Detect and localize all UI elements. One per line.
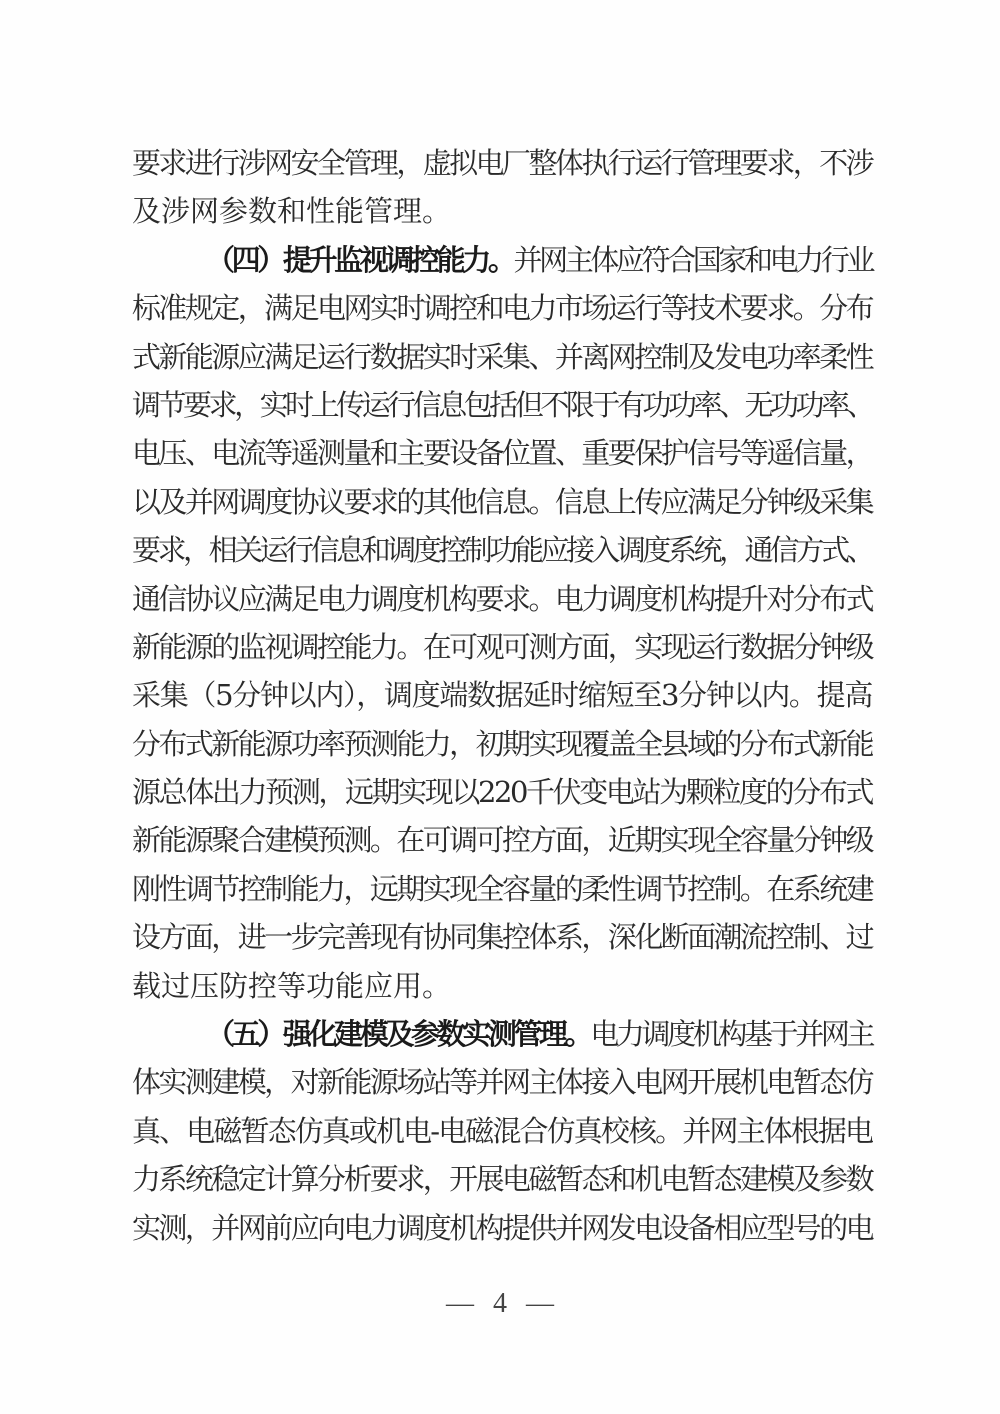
line-text: 采集（5分钟以内），调度端数据延时缩短至3分钟以内。提高 [132,678,872,712]
line-text: 要求，相关运行信息和调度控制功能应接入调度系统，通信方式、 [132,533,872,567]
line-text: 体实测建模，对新能源场站等并网主体接入电网开展机电暂态仿 [132,1065,872,1099]
text-line: 标准规定，满足电网实时调控和电力市场运行等技术要求。分布 [132,284,872,332]
text-line: 新能源聚合建模预测。在可调可控方面，近期实现全容量分钟级 [132,816,872,864]
text-line: 要求进行涉网安全管理，虚拟电厂整体执行运行管理要求，不涉 [132,139,872,187]
text-line: 载过压防控等功能应用。 [132,962,872,1010]
line-text: 力系统稳定计算分析要求，开展电磁暂态和机电暂态建模及参数 [132,1162,872,1196]
text-line: 要求，相关运行信息和调度控制功能应接入调度系统，通信方式、 [132,526,872,574]
text-line: 力系统稳定计算分析要求，开展电磁暂态和机电暂态建模及参数 [132,1155,872,1203]
text-line: 实测，并网前应向电力调度机构提供并网发电设备相应型号的电 [132,1204,872,1252]
line-text: 式新能源应满足运行数据实时采集、并离网控制及发电功率柔性 [132,340,872,374]
text-line: 采集（5分钟以内），调度端数据延时缩短至3分钟以内。提高 [132,671,872,719]
text-line: 分布式新能源功率预测能力，初期实现覆盖全县域的分布式新能 [132,720,872,768]
text-line: 以及并网调度协议要求的其他信息。信息上传应满足分钟级采集 [132,478,872,526]
section-4-heading-line: （四）提升监视调控能力。并网主体应符合国家和电力行业 [132,236,872,284]
line-text: 新能源聚合建模预测。在可调可控方面，近期实现全容量分钟级 [132,823,872,857]
page-footer: — 4 — [0,1288,1000,1320]
line-text: 要求进行涉网安全管理，虚拟电厂整体执行运行管理要求，不涉 [132,146,872,180]
section-heading: （四）提升监视调控能力。 [206,243,513,277]
line-text: 载过压防控等功能应用。 [132,969,451,1003]
footer-dash-right: — [526,1288,554,1319]
line-text: 源总体出力预测，远期实现以220千伏变电站为颗粒度的分布式 [132,775,872,809]
line-text: 调节要求，实时上传运行信息包括但不限于有功功率、无功功率、 [132,388,872,422]
line-text: 通信协议应满足电力调度机构要求。电力调度机构提升对分布式 [132,582,872,616]
text-line: 新能源的监视调控能力。在可观可测方面，实现运行数据分钟级 [132,623,872,671]
line-text: 电压、电流等遥测量和主要设备位置、重要保护信号等遥信量， [132,436,872,470]
line-text: 实测，并网前应向电力调度机构提供并网发电设备相应型号的电 [132,1211,872,1245]
text-line: 刚性调节控制能力，远期实现全容量的柔性调节控制。在系统建 [132,865,872,913]
page-number: 4 [493,1288,507,1319]
text-line: 体实测建模，对新能源场站等并网主体接入电网开展机电暂态仿 [132,1058,872,1106]
text-line: 源总体出力预测，远期实现以220千伏变电站为颗粒度的分布式 [132,768,872,816]
body-text: 要求进行涉网安全管理，虚拟电厂整体执行运行管理要求，不涉 及涉网参数和性能管理。… [132,139,872,1252]
section-heading: （五）强化建模及参数实测管理。 [206,1017,590,1051]
line-text: 分布式新能源功率预测能力，初期实现覆盖全县域的分布式新能 [132,727,872,761]
text-line: 通信协议应满足电力调度机构要求。电力调度机构提升对分布式 [132,575,872,623]
text-line: 调节要求，实时上传运行信息包括但不限于有功功率、无功功率、 [132,381,872,429]
line-text: 新能源的监视调控能力。在可观可测方面，实现运行数据分钟级 [132,630,872,664]
text-line: 式新能源应满足运行数据实时采集、并离网控制及发电功率柔性 [132,333,872,381]
text-line: 及涉网参数和性能管理。 [132,187,872,235]
line-text: 设方面，进一步完善现有协同集控体系，深化断面潮流控制、过 [132,920,872,954]
section-5-heading-line: （五）强化建模及参数实测管理。电力调度机构基于并网主 [132,1010,872,1058]
line-text: 以及并网调度协议要求的其他信息。信息上传应满足分钟级采集 [132,485,872,519]
line-text: 并网主体应符合国家和电力行业 [513,243,872,277]
text-line: 电压、电流等遥测量和主要设备位置、重要保护信号等遥信量， [132,429,872,477]
line-text: 标准规定，满足电网实时调控和电力市场运行等技术要求。分布 [132,291,872,325]
text-line: 真、电磁暂态仿真或机电-电磁混合仿真校核。并网主体根据电 [132,1107,872,1155]
text-line: 设方面，进一步完善现有协同集控体系，深化断面潮流控制、过 [132,913,872,961]
document-page: 要求进行涉网安全管理，虚拟电厂整体执行运行管理要求，不涉 及涉网参数和性能管理。… [0,0,1000,1414]
line-text: 真、电磁暂态仿真或机电-电磁混合仿真校核。并网主体根据电 [132,1114,872,1148]
line-text: 及涉网参数和性能管理。 [132,194,451,228]
line-text: 刚性调节控制能力，远期实现全容量的柔性调节控制。在系统建 [132,872,872,906]
line-text: 电力调度机构基于并网主 [590,1017,872,1051]
footer-dash-left: — [446,1288,474,1319]
